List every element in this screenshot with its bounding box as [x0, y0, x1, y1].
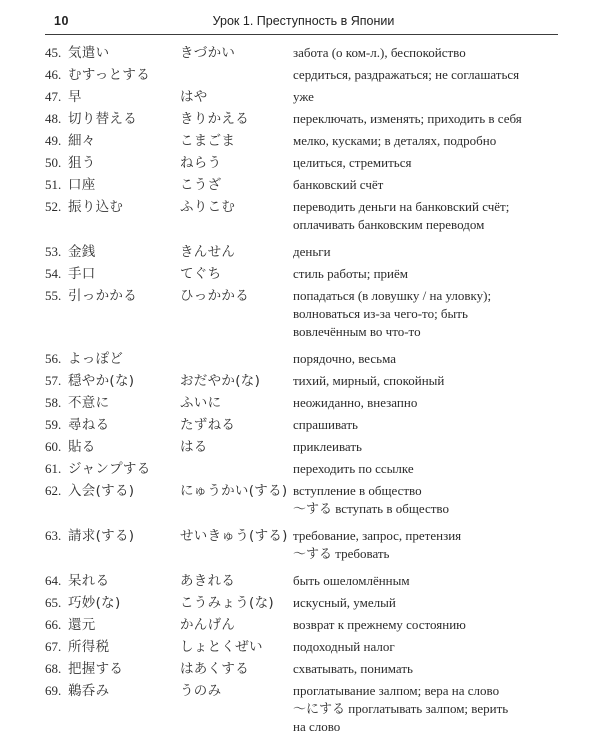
entry-number: 45.: [45, 44, 68, 62]
russian-translation: переводить деньги на банковский счёт; оп…: [293, 198, 567, 234]
japanese-word: 手口: [68, 265, 180, 283]
entry-number: 52.: [45, 198, 68, 216]
russian-translation: приклеивать: [293, 438, 567, 456]
russian-translation: целиться, стремиться: [293, 154, 567, 172]
japanese-word: 不意に: [68, 394, 180, 412]
japanese-word: 貼る: [68, 438, 180, 456]
entry-number: 67.: [45, 638, 68, 656]
vocab-row: 54. 手口 てぐち стиль работы; приём: [45, 265, 567, 283]
russian-translation: мелко, кусками; в деталях, подробно: [293, 132, 567, 150]
kana-reading: おだやか(な): [180, 372, 293, 390]
kana-reading: こうみょう(な): [180, 594, 293, 612]
russian-translation: неожиданно, внезапно: [293, 394, 567, 412]
japanese-word: 尋ねる: [68, 416, 180, 434]
entry-number: 54.: [45, 265, 68, 283]
entry-number: 59.: [45, 416, 68, 434]
entry-number: 53.: [45, 243, 68, 261]
japanese-word: 口座: [68, 176, 180, 194]
vocab-row: 53. 金銭 きんせん деньги: [45, 243, 567, 261]
kana-reading: てぐち: [180, 265, 293, 283]
russian-translation: переходить по ссылке: [293, 460, 567, 478]
russian-translation: тихий, мирный, спокойный: [293, 372, 567, 390]
textbook-page: 10 Урок 1. Преступность в Японии 45. 気遣い…: [0, 0, 600, 750]
vocab-row: 68. 把握する はあくする схватывать, понимать: [45, 660, 567, 678]
vocab-row: 47. 早 はや уже: [45, 88, 567, 106]
vocab-row: 69. 鵜呑み うのみ проглатывание залпом; вера н…: [45, 682, 567, 736]
vocab-row: 62. 入会(する) にゅうかい(する) вступление в общест…: [45, 482, 567, 518]
entry-number: 47.: [45, 88, 68, 106]
russian-translation: деньги: [293, 243, 567, 261]
kana-reading: たずねる: [180, 416, 293, 434]
russian-translation: забота (о ком-л.), беспокойство: [293, 44, 567, 62]
kana-reading: かんげん: [180, 616, 293, 634]
vocab-row: 59. 尋ねる たずねる спрашивать: [45, 416, 567, 434]
japanese-word: ジャンプする: [68, 460, 180, 478]
russian-translation: сердиться, раздражаться; не соглашаться: [293, 66, 567, 84]
entry-number: 51.: [45, 176, 68, 194]
japanese-word: 呆れる: [68, 572, 180, 590]
japanese-word: 細々: [68, 132, 180, 150]
russian-translation: подоходный налог: [293, 638, 567, 656]
kana-reading: きんせん: [180, 243, 293, 261]
entry-number: 60.: [45, 438, 68, 456]
vocab-row: 50. 狙う ねらう целиться, стремиться: [45, 154, 567, 172]
kana-reading: せいきゅう(する): [180, 527, 293, 545]
japanese-word: 狙う: [68, 154, 180, 172]
kana-reading: こまごま: [180, 132, 293, 150]
header-rule: [45, 34, 558, 35]
japanese-word: 把握する: [68, 660, 180, 678]
russian-translation: проглатывание залпом; вера на слово ～にする…: [293, 682, 567, 736]
japanese-word: 穏やか(な): [68, 372, 180, 390]
entry-number: 50.: [45, 154, 68, 172]
russian-translation: быть ошеломлённым: [293, 572, 567, 590]
vocab-row: 67. 所得税 しょとくぜい подоходный налог: [45, 638, 567, 656]
vocab-row: 64. 呆れる あきれる быть ошеломлённым: [45, 572, 567, 590]
entry-number: 56.: [45, 350, 68, 368]
kana-reading: あきれる: [180, 572, 293, 590]
kana-reading: しょとくぜい: [180, 638, 293, 656]
kana-reading: にゅうかい(する): [180, 482, 293, 500]
vocab-list: 45. 気遣い きづかい забота (о ком-л.), беспокой…: [45, 44, 567, 745]
japanese-word: むすっとする: [68, 66, 180, 84]
russian-translation: стиль работы; приём: [293, 265, 567, 283]
entry-number: 69.: [45, 682, 68, 700]
kana-reading: はや: [180, 88, 293, 106]
japanese-word: 切り替える: [68, 110, 180, 128]
russian-translation: требование, запрос, претензия ～する требов…: [293, 527, 567, 563]
entry-number: 66.: [45, 616, 68, 634]
vocab-row: 63. 請求(する) せいきゅう(する) требование, запрос,…: [45, 527, 567, 563]
vocab-row: 46. むすっとする сердиться, раздражаться; не с…: [45, 66, 567, 84]
kana-reading: ふいに: [180, 394, 293, 412]
russian-translation: банковский счёт: [293, 176, 567, 194]
kana-reading: ひっかかる: [180, 287, 293, 305]
vocab-row: 58. 不意に ふいに неожиданно, внезапно: [45, 394, 567, 412]
russian-translation: возврат к прежнему состоянию: [293, 616, 567, 634]
japanese-word: 巧妙(な): [68, 594, 180, 612]
vocab-row: 49. 細々 こまごま мелко, кусками; в деталях, п…: [45, 132, 567, 150]
entry-number: 49.: [45, 132, 68, 150]
russian-translation: порядочно, весьма: [293, 350, 567, 368]
japanese-word: 請求(する): [68, 527, 180, 545]
lesson-title: Урок 1. Преступность в Японии: [45, 14, 562, 28]
kana-reading: ふりこむ: [180, 198, 293, 216]
vocab-row: 60. 貼る はる приклеивать: [45, 438, 567, 456]
entry-number: 64.: [45, 572, 68, 590]
russian-translation: схватывать, понимать: [293, 660, 567, 678]
japanese-word: 還元: [68, 616, 180, 634]
japanese-word: 引っかかる: [68, 287, 180, 305]
vocab-row: 65. 巧妙(な) こうみょう(な) искусный, умелый: [45, 594, 567, 612]
vocab-row: 51. 口座 こうざ банковский счёт: [45, 176, 567, 194]
kana-reading: きづかい: [180, 44, 293, 62]
japanese-word: 所得税: [68, 638, 180, 656]
entry-number: 68.: [45, 660, 68, 678]
entry-number: 63.: [45, 527, 68, 545]
vocab-row: 66. 還元 かんげん возврат к прежнему состоянию: [45, 616, 567, 634]
vocab-row: 61. ジャンプする переходить по ссылке: [45, 460, 567, 478]
vocab-row: 57. 穏やか(な) おだやか(な) тихий, мирный, спокой…: [45, 372, 567, 390]
entry-number: 57.: [45, 372, 68, 390]
entry-number: 61.: [45, 460, 68, 478]
russian-translation: вступление в общество ～する вступать в общ…: [293, 482, 567, 518]
entry-number: 65.: [45, 594, 68, 612]
japanese-word: よっぽど: [68, 350, 180, 368]
kana-reading: うのみ: [180, 682, 293, 700]
vocab-row: 45. 気遣い きづかい забота (о ком-л.), беспокой…: [45, 44, 567, 62]
russian-translation: искусный, умелый: [293, 594, 567, 612]
russian-translation: переключать, изменять; приходить в себя: [293, 110, 567, 128]
russian-translation: попадаться (в ловушку / на уловку); волн…: [293, 287, 567, 341]
page-header: 10 Урок 1. Преступность в Японии: [45, 11, 562, 33]
kana-reading: はあくする: [180, 660, 293, 678]
japanese-word: 入会(する): [68, 482, 180, 500]
japanese-word: 気遣い: [68, 44, 180, 62]
entry-number: 48.: [45, 110, 68, 128]
vocab-row: 52. 振り込む ふりこむ переводить деньги на банко…: [45, 198, 567, 234]
entry-number: 55.: [45, 287, 68, 305]
kana-reading: はる: [180, 438, 293, 456]
japanese-word: 鵜呑み: [68, 682, 180, 700]
entry-number: 58.: [45, 394, 68, 412]
vocab-row: 55. 引っかかる ひっかかる попадаться (в ловушку / …: [45, 287, 567, 341]
russian-translation: спрашивать: [293, 416, 567, 434]
russian-translation: уже: [293, 88, 567, 106]
japanese-word: 早: [68, 88, 180, 106]
entry-number: 46.: [45, 66, 68, 84]
vocab-row: 56. よっぽど порядочно, весьма: [45, 350, 567, 368]
japanese-word: 金銭: [68, 243, 180, 261]
kana-reading: きりかえる: [180, 110, 293, 128]
kana-reading: こうざ: [180, 176, 293, 194]
entry-number: 62.: [45, 482, 68, 500]
kana-reading: ねらう: [180, 154, 293, 172]
japanese-word: 振り込む: [68, 198, 180, 216]
vocab-row: 48. 切り替える きりかえる переключать, изменять; п…: [45, 110, 567, 128]
